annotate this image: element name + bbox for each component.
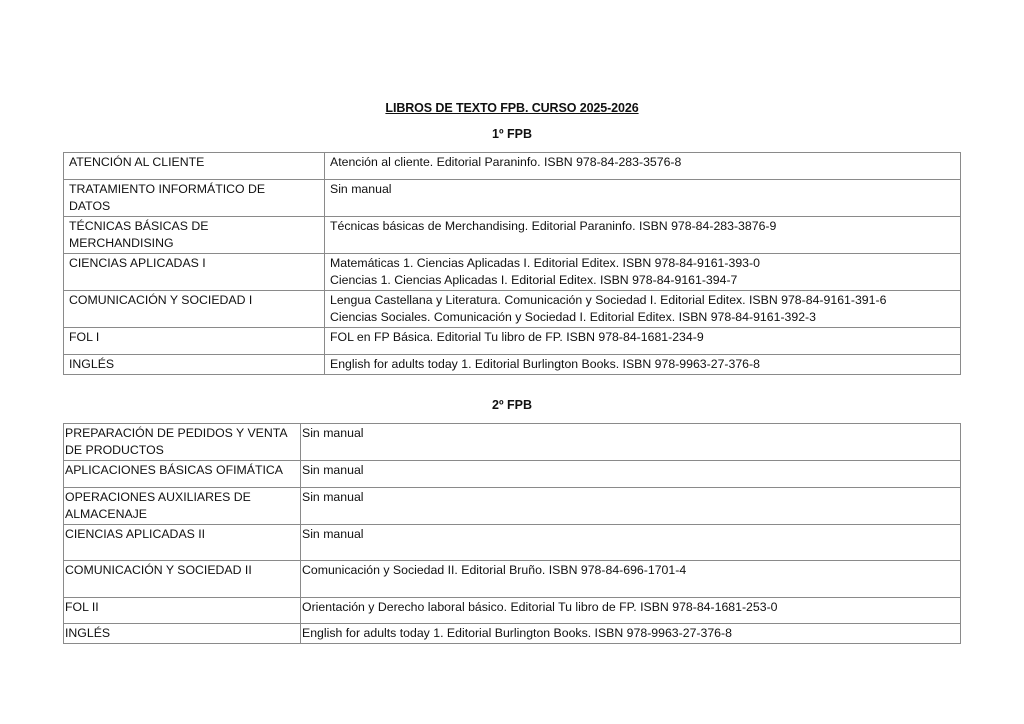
table-row: PREPARACIÓN DE PEDIDOS Y VENTA DE PRODUC… bbox=[64, 424, 961, 461]
books-cell: Sin manual bbox=[301, 424, 961, 461]
book-entry: Ciencias 1. Ciencias Aplicadas I. Editor… bbox=[330, 272, 956, 289]
table-row: FOL IFOL en FP Básica. Editorial Tu libr… bbox=[64, 328, 961, 355]
subject-cell: ATENCIÓN AL CLIENTE bbox=[64, 153, 325, 180]
table-row: APLICACIONES BÁSICAS OFIMÁTICASin manual bbox=[64, 461, 961, 488]
book-entry: Sin manual bbox=[302, 425, 960, 442]
books-cell: Lengua Castellana y Literatura. Comunica… bbox=[325, 291, 961, 328]
document-title: LIBROS DE TEXTO FPB. CURSO 2025-2026 bbox=[0, 101, 1024, 115]
books-cell: English for adults today 1. Editorial Bu… bbox=[325, 355, 961, 375]
subject-cell: CIENCIAS APLICADAS I bbox=[64, 254, 325, 291]
book-entry: Matemáticas 1. Ciencias Aplicadas I. Edi… bbox=[330, 255, 956, 272]
subject-cell: INGLÉS bbox=[64, 355, 325, 375]
book-entry: Sin manual bbox=[302, 489, 960, 506]
book-entry: Lengua Castellana y Literatura. Comunica… bbox=[330, 292, 956, 309]
book-entry: Sin manual bbox=[330, 181, 956, 198]
book-entry: Técnicas básicas de Merchandising. Edito… bbox=[330, 218, 956, 235]
section-heading-1fpb: 1º FPB bbox=[0, 127, 1024, 141]
subject-cell: INGLÉS bbox=[64, 624, 301, 644]
table-row: TÉCNICAS BÁSICAS DE MERCHANDISINGTécnica… bbox=[64, 217, 961, 254]
books-cell: Técnicas básicas de Merchandising. Edito… bbox=[325, 217, 961, 254]
table-row: INGLÉSEnglish for adults today 1. Editor… bbox=[64, 624, 961, 644]
book-entry: Sin manual bbox=[302, 462, 960, 479]
books-cell: FOL en FP Básica. Editorial Tu libro de … bbox=[325, 328, 961, 355]
table-row: COMUNICACIÓN Y SOCIEDAD ILengua Castella… bbox=[64, 291, 961, 328]
subject-cell: OPERACIONES AUXILIARES DE ALMACENAJE bbox=[64, 488, 301, 525]
books-cell: Sin manual bbox=[325, 180, 961, 217]
subject-cell: APLICACIONES BÁSICAS OFIMÁTICA bbox=[64, 461, 301, 488]
book-entry: FOL en FP Básica. Editorial Tu libro de … bbox=[330, 329, 956, 346]
book-entry: English for adults today 1. Editorial Bu… bbox=[302, 625, 960, 642]
books-cell: Orientación y Derecho laboral básico. Ed… bbox=[301, 598, 961, 624]
subject-cell: COMUNICACIÓN Y SOCIEDAD II bbox=[64, 561, 301, 598]
books-cell: Sin manual bbox=[301, 488, 961, 525]
subject-cell: COMUNICACIÓN Y SOCIEDAD I bbox=[64, 291, 325, 328]
textbook-table-1fpb: ATENCIÓN AL CLIENTEAtención al cliente. … bbox=[63, 152, 961, 375]
table-row: FOL IIOrientación y Derecho laboral bási… bbox=[64, 598, 961, 624]
table-row: COMUNICACIÓN Y SOCIEDAD IIComunicación y… bbox=[64, 561, 961, 598]
table-row: ATENCIÓN AL CLIENTEAtención al cliente. … bbox=[64, 153, 961, 180]
books-cell: English for adults today 1. Editorial Bu… bbox=[301, 624, 961, 644]
subject-cell: FOL II bbox=[64, 598, 301, 624]
subject-cell: TRATAMIENTO INFORMÁTICO DE DATOS bbox=[64, 180, 325, 217]
table-row: CIENCIAS APLICADAS IISin manual bbox=[64, 525, 961, 561]
books-cell: Matemáticas 1. Ciencias Aplicadas I. Edi… bbox=[325, 254, 961, 291]
subject-cell: PREPARACIÓN DE PEDIDOS Y VENTA DE PRODUC… bbox=[64, 424, 301, 461]
book-entry: Ciencias Sociales. Comunicación y Socied… bbox=[330, 309, 956, 326]
book-entry: Orientación y Derecho laboral básico. Ed… bbox=[302, 599, 960, 616]
table-row: TRATAMIENTO INFORMÁTICO DE DATOSSin manu… bbox=[64, 180, 961, 217]
books-cell: Sin manual bbox=[301, 461, 961, 488]
books-cell: Comunicación y Sociedad II. Editorial Br… bbox=[301, 561, 961, 598]
book-entry: Comunicación y Sociedad II. Editorial Br… bbox=[302, 562, 960, 579]
subject-cell: FOL I bbox=[64, 328, 325, 355]
subject-cell: CIENCIAS APLICADAS II bbox=[64, 525, 301, 561]
book-entry: Sin manual bbox=[302, 526, 960, 543]
book-entry: English for adults today 1. Editorial Bu… bbox=[330, 356, 956, 373]
book-entry: Atención al cliente. Editorial Paraninfo… bbox=[330, 154, 956, 171]
books-cell: Atención al cliente. Editorial Paraninfo… bbox=[325, 153, 961, 180]
textbook-table-2fpb: PREPARACIÓN DE PEDIDOS Y VENTA DE PRODUC… bbox=[63, 423, 961, 644]
books-cell: Sin manual bbox=[301, 525, 961, 561]
table-row: CIENCIAS APLICADAS IMatemáticas 1. Cienc… bbox=[64, 254, 961, 291]
table-row: OPERACIONES AUXILIARES DE ALMACENAJESin … bbox=[64, 488, 961, 525]
section-heading-2fpb: 2º FPB bbox=[0, 398, 1024, 412]
table-row: INGLÉSEnglish for adults today 1. Editor… bbox=[64, 355, 961, 375]
subject-cell: TÉCNICAS BÁSICAS DE MERCHANDISING bbox=[64, 217, 325, 254]
